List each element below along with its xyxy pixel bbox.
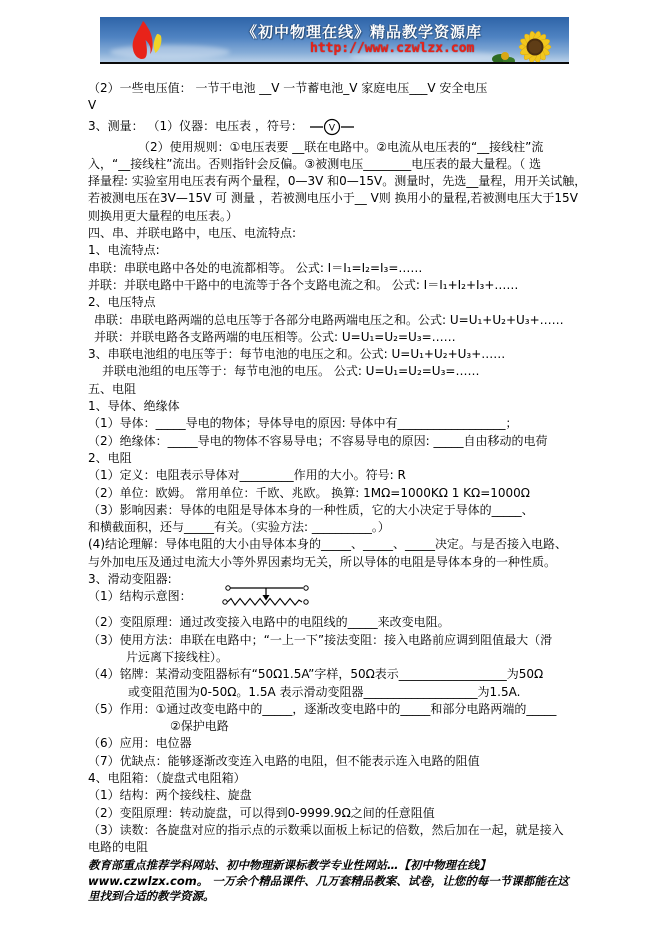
doc-line: 入，“__接线柱”流出。否则指针会反偏。③被测电压________电压表的最大量… — [88, 156, 574, 173]
doc-line: （3）读数：各旋盘对应的指示点的示数乘以面板上标记的倍数，然后加在一起，就是接入 — [88, 822, 574, 839]
line-text: 3、滑动变阻器: — [88, 572, 172, 586]
doc-line: 串联：串联电路两端的总电压等于各部分电路两端电压之和。公式: U=U₁+U₂+U… — [88, 312, 574, 329]
doc-line: （2）绝缘体：_____导电的物体不容易导电；不容易导电的原因: _____自由… — [88, 433, 574, 450]
doc-line: 则换用更大量程的电压表。） — [88, 208, 574, 225]
page-footer: 教育部重点推荐学科网站、初中物理新课标教学专业性网站…【初中物理在线】www.c… — [88, 858, 576, 905]
doc-line: 电路的电阻 — [88, 839, 574, 856]
line-text: 若被测电压在3V—15V 可 测量 ，若被测电压小于__ V则 换用小的量程,若… — [88, 191, 578, 205]
doc-line: （1）结构示意图： — [88, 588, 574, 614]
doc-line: （1）定义：电阻表示导体对_________作用的大小。符号: R — [88, 467, 574, 484]
line-text: （2）使用规则：①电压表要 __联在电路中。②电流从电压表的“__接线柱”流 — [138, 140, 543, 154]
line-text: （1）导体：_____导电的物体；导体导电的原因: 导体中有__________… — [88, 416, 518, 430]
doc-line: 择量程: 实验室用电压表有两个量程，0—3V 和0—15V。测量时，先选__量程… — [88, 173, 574, 190]
line-text: （2）单位：欧姆。 常用单位：千欧、兆欧。 换算: 1MΩ=1000KΩ 1 K… — [88, 486, 530, 500]
line-text: 五、电阻 — [88, 382, 136, 396]
doc-line: （2）变阻原理：通过改变接入电路中的电阻线的_____来改变电阻。 — [88, 614, 574, 631]
doc-line: （6）应用：电位器 — [88, 735, 574, 752]
line-text: 电路的电阻 — [88, 840, 148, 854]
doc-line: （7）优缺点：能够逐渐改变连入电路的电阻，但不能表示连入电路的阻值 — [88, 753, 574, 770]
line-text: 4、电阻箱：（旋盘式电阻箱） — [88, 771, 246, 785]
line-text: （7）优缺点：能够逐渐改变连入电路的电阻，但不能表示连入电路的阻值 — [88, 754, 480, 768]
line-text: 3、串联电池组的电压等于：每节电池的电压之和。公式: U=U₁+U₂+U₃+…… — [88, 347, 505, 361]
line-text: 1、导体、绝缘体 — [88, 399, 180, 413]
doc-line: 1、导体、绝缘体 — [88, 398, 574, 415]
document-body: （2）一些电压值： 一节干电池 __V 一节蓄电池_V 家庭电压___V 安全电… — [88, 80, 574, 856]
doc-line: 片远离下接线柱）。 — [88, 649, 574, 666]
banner-url: http://www.czwlzx.com — [310, 41, 474, 56]
doc-line: 2、电阻 — [88, 450, 574, 467]
banner-title: 《初中物理在线》精品教学资源库 — [242, 21, 482, 42]
doc-line: （3）使用方法：串联在电路中；“一上一下”接法变阻：接入电路前应调到阻值最大（滑 — [88, 632, 574, 649]
line-text: （3）影响因素：导体的电阻是导体本身的一种性质，它的大小决定于导体的_____、 — [88, 503, 534, 517]
line-text: 四、串、并联电路中，电压、电流特点: — [88, 226, 296, 240]
line-text: V — [88, 98, 96, 112]
line-text: （6）应用：电位器 — [88, 736, 192, 750]
line-text: （2）一些电压值： 一节干电池 __V 一节蓄电池_V 家庭电压___V 安全电… — [88, 81, 487, 95]
line-text: 并联：并联电路各支路两端的电压相等。公式: U=U₁=U₂=U₃=…… — [94, 330, 456, 344]
line-text: （2）变阻原理：转动旋盘，可以得到0-9999.9Ω之间的任意阻值 — [88, 806, 435, 820]
line-text: 入，“__接线柱”流出。否则指针会反偏。③被测电压________电压表的最大量… — [88, 157, 541, 171]
doc-line: 并联：并联电路中干路中的电流等于各个支路电流之和。 公式: I＝I₁+I₂+I₃… — [88, 277, 574, 294]
doc-line: 3、滑动变阻器: — [88, 571, 574, 588]
line-text: 并联电池组的电压等于：每节电池的电压。 公式: U=U₁=U₂=U₃=…… — [102, 364, 479, 378]
line-text: （2）绝缘体：_____导电的物体不容易导电；不容易导电的原因: _____自由… — [88, 434, 548, 448]
line-text: （1）结构示意图： — [88, 588, 192, 605]
section-heading: 四、串、并联电路中，电压、电流特点: — [88, 225, 574, 242]
doc-line: 1、电流特点: — [88, 242, 574, 259]
line-text: （4）铭牌：某滑动变阻器标有“50Ω1.5A”字样，50Ω表示_________… — [88, 667, 543, 681]
line-text: （5）作用：①通过改变电路中的_____，逐渐改变电路中的_____和部分电路两… — [88, 702, 556, 716]
line-text: 与外加电压及通过电流大小等外界因素均无关，所以导体的电阻是导体本身的一种性质。 — [88, 555, 556, 569]
doc-line: 若被测电压在3V—15V 可 测量 ，若被测电压小于__ V则 换用小的量程,若… — [88, 190, 574, 207]
line-text: 和横截面积，还与_____有关。（实验方法: __________。） — [88, 520, 390, 534]
doc-line: （3）影响因素：导体的电阻是导体本身的一种性质，它的大小决定于导体的_____、 — [88, 502, 574, 519]
rheostat-diagram — [220, 583, 316, 609]
doc-line: 串联：串联电路中各处的电流都相等。 公式: I＝I₁=I₂=I₃=…… — [88, 260, 574, 277]
doc-line: （2）单位：欧姆。 常用单位：千欧、兆欧。 换算: 1MΩ=1000KΩ 1 K… — [88, 485, 574, 502]
doc-line: 2、电压特点 — [88, 294, 574, 311]
flame-logo-icon — [126, 19, 176, 64]
line-text: （2）变阻原理：通过改变接入电路中的电阻线的_____来改变电阻。 — [88, 615, 450, 629]
doc-line: V — [88, 97, 574, 114]
site-banner: 《初中物理在线》精品教学资源库 http://www.czwlzx.com — [100, 17, 569, 64]
doc-line: 并联：并联电路各支路两端的电压相等。公式: U=U₁=U₂=U₃=…… — [88, 329, 574, 346]
doc-line: 并联电池组的电压等于：每节电池的电压。 公式: U=U₁=U₂=U₃=…… — [88, 363, 574, 380]
line-text: （3）读数：各旋盘对应的指示点的示数乘以面板上标记的倍数，然后加在一起，就是接入 — [88, 823, 564, 837]
line-text: 则换用更大量程的电压表。） — [88, 209, 238, 223]
line-text: （1）定义：电阻表示导体对_________作用的大小。符号: R — [88, 468, 406, 482]
doc-line: 4、电阻箱：（旋盘式电阻箱） — [88, 770, 574, 787]
line-text: 择量程: 实验室用电压表有两个量程，0—3V 和0—15V。测量时，先选__量程… — [88, 174, 586, 188]
line-text: 3、测量： （1）仪器：电压表 ，符号： — [88, 118, 303, 135]
doc-line: （2）使用规则：①电压表要 __联在电路中。②电流从电压表的“__接线柱”流 — [88, 139, 574, 156]
line-text: ②保护电路 — [170, 719, 229, 733]
doc-line: 和横截面积，还与_____有关。（实验方法: __________。） — [88, 519, 574, 536]
doc-line: （1）结构：两个接线柱、旋盘 — [88, 787, 574, 804]
line-text: 2、电压特点 — [88, 295, 156, 309]
doc-line: 3、测量： （1）仪器：电压表 ，符号： V — [88, 115, 574, 139]
doc-line: 3、串联电池组的电压等于：每节电池的电压之和。公式: U=U₁+U₂+U₃+…… — [88, 346, 574, 363]
line-text: （1）结构：两个接线柱、旋盘 — [88, 788, 252, 802]
line-text: 2、电阻 — [88, 451, 132, 465]
section-heading: 五、电阻 — [88, 381, 574, 398]
doc-line: （2）变阻原理：转动旋盘，可以得到0-9999.9Ω之间的任意阻值 — [88, 805, 574, 822]
doc-line: ②保护电路 — [88, 718, 574, 735]
doc-line: (4)结论理解：导体电阻的大小由导体本身的_____、_____、_____决定… — [88, 536, 574, 553]
doc-line: 与外加电压及通过电流大小等外界因素均无关，所以导体的电阻是导体本身的一种性质。 — [88, 554, 574, 571]
doc-line: 或变阻范围为0-50Ω。1.5A 表示滑动变阻器________________… — [88, 684, 574, 701]
line-text: 片远离下接线柱）。 — [126, 650, 228, 664]
line-text: (4)结论理解：导体电阻的大小由导体本身的_____、_____、_____决定… — [88, 537, 567, 551]
doc-line: （5）作用：①通过改变电路中的_____，逐渐改变电路中的_____和部分电路两… — [88, 701, 574, 718]
line-text: 串联：串联电路两端的总电压等于各部分电路两端电压之和。公式: U=U₁+U₂+U… — [94, 313, 564, 327]
line-text: 或变阻范围为0-50Ω。1.5A 表示滑动变阻器________________… — [128, 685, 520, 699]
doc-line: （2）一些电压值： 一节干电池 __V 一节蓄电池_V 家庭电压___V 安全电… — [88, 80, 574, 97]
doc-line: （1）导体：_____导电的物体；导体导电的原因: 导体中有__________… — [88, 415, 574, 432]
line-text: 并联：并联电路中干路中的电流等于各个支路电流之和。 公式: I＝I₁+I₂+I₃… — [88, 278, 518, 292]
voltmeter-symbol: V — [309, 118, 355, 136]
sunflower-image — [489, 29, 567, 64]
line-text: （3）使用方法：串联在电路中；“一上一下”接法变阻：接入电路前应调到阻值最大（滑 — [88, 633, 552, 647]
svg-text:V: V — [329, 123, 336, 133]
line-text: 串联：串联电路中各处的电流都相等。 公式: I＝I₁=I₂=I₃=…… — [88, 261, 422, 275]
line-text: 1、电流特点: — [88, 243, 160, 257]
doc-line: （4）铭牌：某滑动变阻器标有“50Ω1.5A”字样，50Ω表示_________… — [88, 666, 574, 683]
